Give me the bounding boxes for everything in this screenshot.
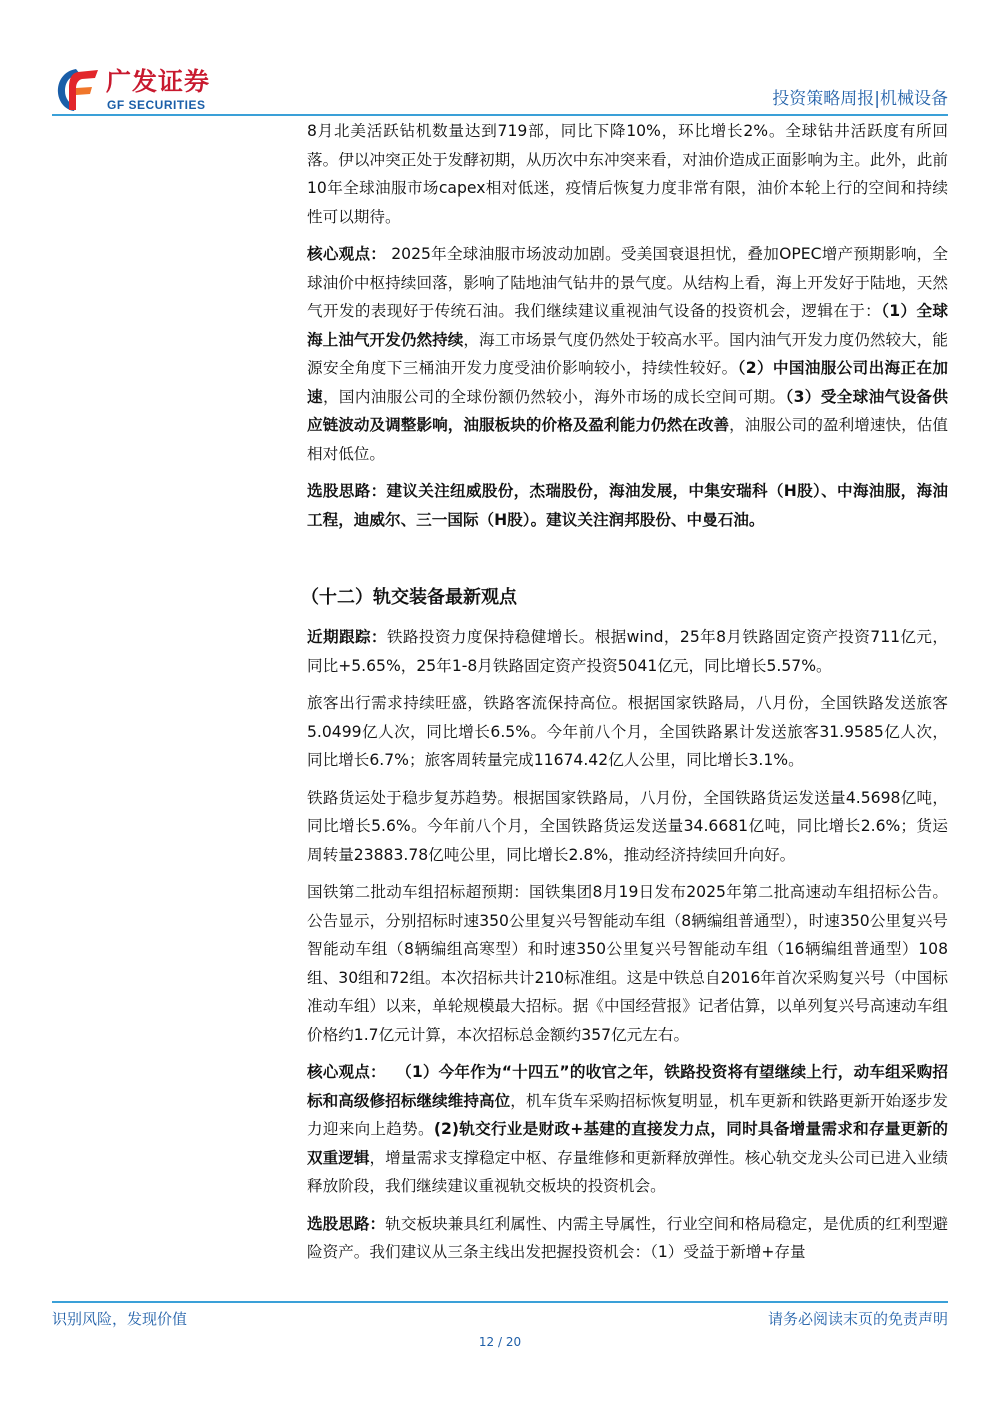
page-number: 12 / 20 xyxy=(0,1334,1000,1350)
page-header: 广发证券 GF SECURITIES 投资策略周报|机械设备 xyxy=(0,0,1000,120)
rail-stock-picks: 选股思路：轨交板块兼具红利属性、内需主导属性，行业空间和格局稳定，是优质的红利型… xyxy=(307,1210,948,1267)
header-divider xyxy=(52,114,948,116)
rail-core-view: 核心观点： （1）今年作为“十四五”的收官之年，铁路投资将有望继续上行，动车组采… xyxy=(307,1058,948,1201)
rail-freight-paragraph: 铁路货运处于稳步复苏趋势。根据国家铁路局，八月份，全国铁路货运发送量4.5698… xyxy=(307,784,948,870)
gf-logo-icon xyxy=(54,66,100,112)
core-view-label: 核心观点： xyxy=(307,245,386,263)
footer-divider xyxy=(52,1301,948,1303)
footer-slogan: 识别风险，发现价值 xyxy=(52,1309,187,1329)
rail-tender-paragraph: 国铁第二批动车组招标超预期：国铁集团8月19日发布2025年第二批高速动车组招标… xyxy=(307,878,948,1049)
logo-chinese-name: 广发证券 xyxy=(106,67,210,97)
section-title-rail: （十二）轨交装备最新观点 xyxy=(301,583,948,613)
rail-recent-tracking: 近期跟踪：铁路投资力度保持稳健增长。根据wind，25年8月铁路固定资产投资71… xyxy=(307,623,948,680)
logo-english-name: GF SECURITIES xyxy=(107,98,206,112)
oil-paragraph-rig-count: 8月北美活跃钻机数量达到719部，同比下降10%，环比增长2%。全球钻井活跃度有… xyxy=(307,117,948,231)
footer-disclaimer-note: 请务必阅读末页的免责声明 xyxy=(768,1309,948,1329)
rail-passenger-paragraph: 旅客出行需求持续旺盛，铁路客流保持高位。根据国家铁路局，八月份，全国铁路发送旅客… xyxy=(307,689,948,775)
gf-securities-logo: 广发证券 GF SECURITIES xyxy=(54,66,234,114)
core-view-label: 核心观点： xyxy=(307,1063,386,1081)
oil-core-view: 核心观点： 2025年全球油服市场波动加剧。受美国衰退担忧，叠加OPEC增产预期… xyxy=(307,240,948,468)
stock-picks-label: 选股思路： xyxy=(307,482,386,500)
stock-picks-label: 选股思路： xyxy=(307,1215,385,1233)
recent-tracking-label: 近期跟踪： xyxy=(307,628,387,646)
oil-stock-picks: 选股思路：建议关注纽威股份，杰瑞股份，海油发展，中集安瑞科（H股）、中海油服，海… xyxy=(307,477,948,534)
report-body: 8月北美活跃钻机数量达到719部，同比下降10%，环比增长2%。全球钻井活跃度有… xyxy=(307,117,948,1276)
report-title: 投资策略周报|机械设备 xyxy=(772,88,948,110)
